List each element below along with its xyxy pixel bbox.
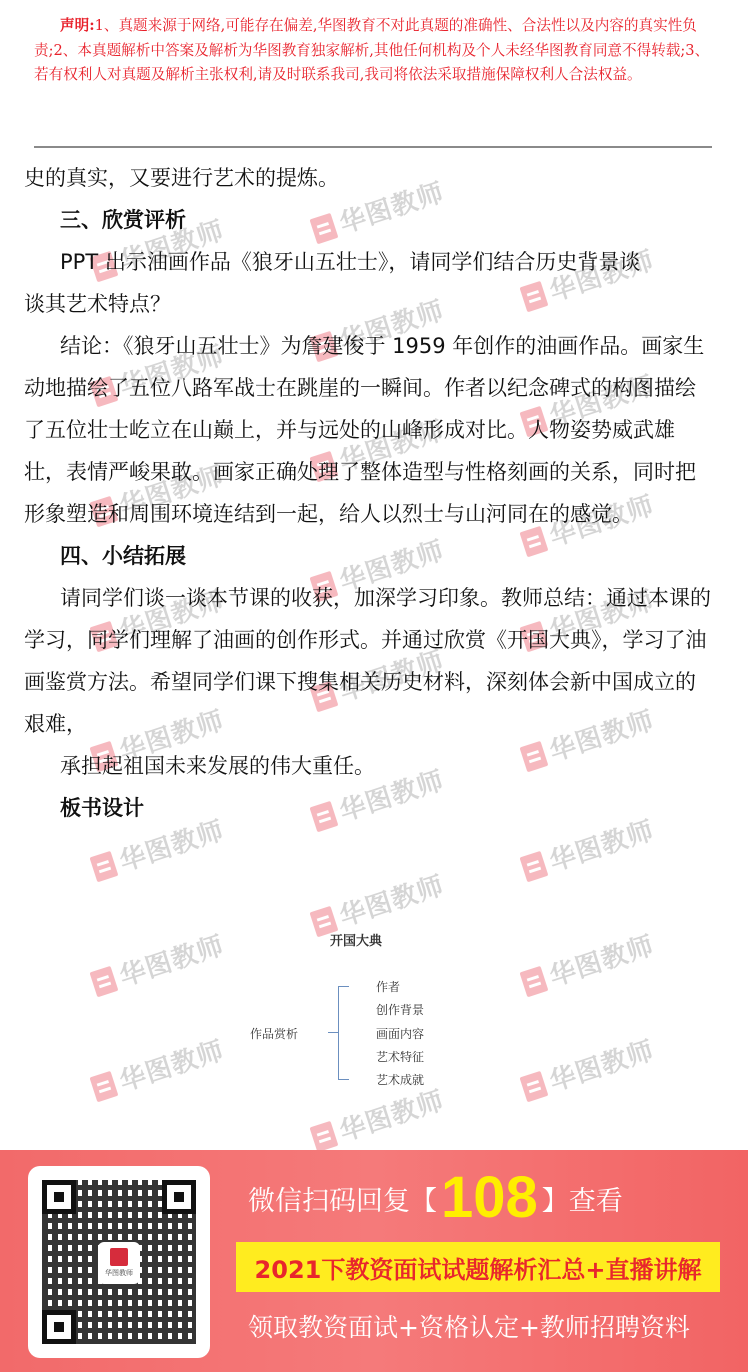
prompt-line-1: PPT 出示油画作品《狼牙山五壮士》，请同学们结合历史背景谈 (24, 241, 714, 283)
board-node: 画面内容 (376, 1025, 424, 1042)
section-heading-summary: 四、小结拓展 (24, 535, 714, 577)
brand-logo-icon (110, 1248, 128, 1266)
qr-center-logo: 华图教师 (98, 1242, 140, 1284)
section-heading-appreciation: 三、欣赏评析 (24, 199, 714, 241)
disclaimer-text: 1、真题来源于网络,可能存在偏差,华图教育不对此真题的准确性、合法性以及内容的真… (34, 17, 709, 83)
reply-code: 108 (441, 1168, 538, 1228)
document-body: 史的真实，又要进行艺术的提炼。 三、欣赏评析 PPT 出示油画作品《狼牙山五壮士… (24, 157, 714, 829)
conclusion-paragraph: 结论：《狼牙山五壮士》为詹建俊于 1959 年创作的油画作品。画家生动地描绘了五… (24, 325, 714, 535)
closing-paragraph: 承担起祖国未来发展的伟大重任。 (24, 745, 714, 787)
board-node: 艺术特征 (376, 1048, 424, 1065)
summary-paragraph: 请同学们谈一谈本节课的收获，加深学习印象。教师总结：通过本课的学习，同学们理解了… (24, 577, 714, 745)
board-node: 作者 (376, 978, 400, 995)
board-design-diagram: 开国大典 作品赏析 作者 创作背景 画面内容 艺术特征 艺术成就 (0, 925, 748, 1125)
banner-line-1: 微信扫码回复【 108 】查看 (248, 1168, 623, 1228)
watermark-logo-icon (309, 1120, 338, 1152)
disclaimer-lead: 声明: (60, 17, 95, 34)
watermark-logo-icon (519, 850, 548, 882)
board-title: 开国大典 (330, 930, 382, 949)
qr-finder-icon (162, 1180, 196, 1214)
qr-code-card[interactable]: 华图教师 (28, 1166, 210, 1358)
banner-line-3: 领取教资面试+资格认定+教师招聘资料 (248, 1308, 690, 1344)
bracket-stem (328, 1032, 338, 1033)
board-node: 艺术成就 (376, 1071, 424, 1088)
board-design-heading: 板书设计 (24, 787, 714, 829)
divider (34, 146, 712, 148)
banner-highlight: 2021下教资面试试题解析汇总+直播讲解 (236, 1242, 720, 1292)
prompt-line-2: 谈其艺术特点？ (24, 283, 714, 325)
qr-finder-icon (42, 1180, 76, 1214)
disclaimer: 声明:1、真题来源于网络,可能存在偏差,华图教育不对此真题的准确性、合法性以及内… (34, 14, 710, 88)
watermark-logo-icon (89, 850, 118, 882)
board-root-node: 作品赏析 (250, 1025, 298, 1042)
promo-banner[interactable]: 华图教师 微信扫码回复【 108 】查看 2021下教资面试试题解析汇总+直播讲… (0, 1150, 748, 1372)
board-node: 创作背景 (376, 1001, 424, 1018)
continuation-paragraph: 史的真实，又要进行艺术的提炼。 (24, 157, 714, 199)
bracket (338, 986, 349, 1080)
qr-finder-icon (42, 1310, 76, 1344)
